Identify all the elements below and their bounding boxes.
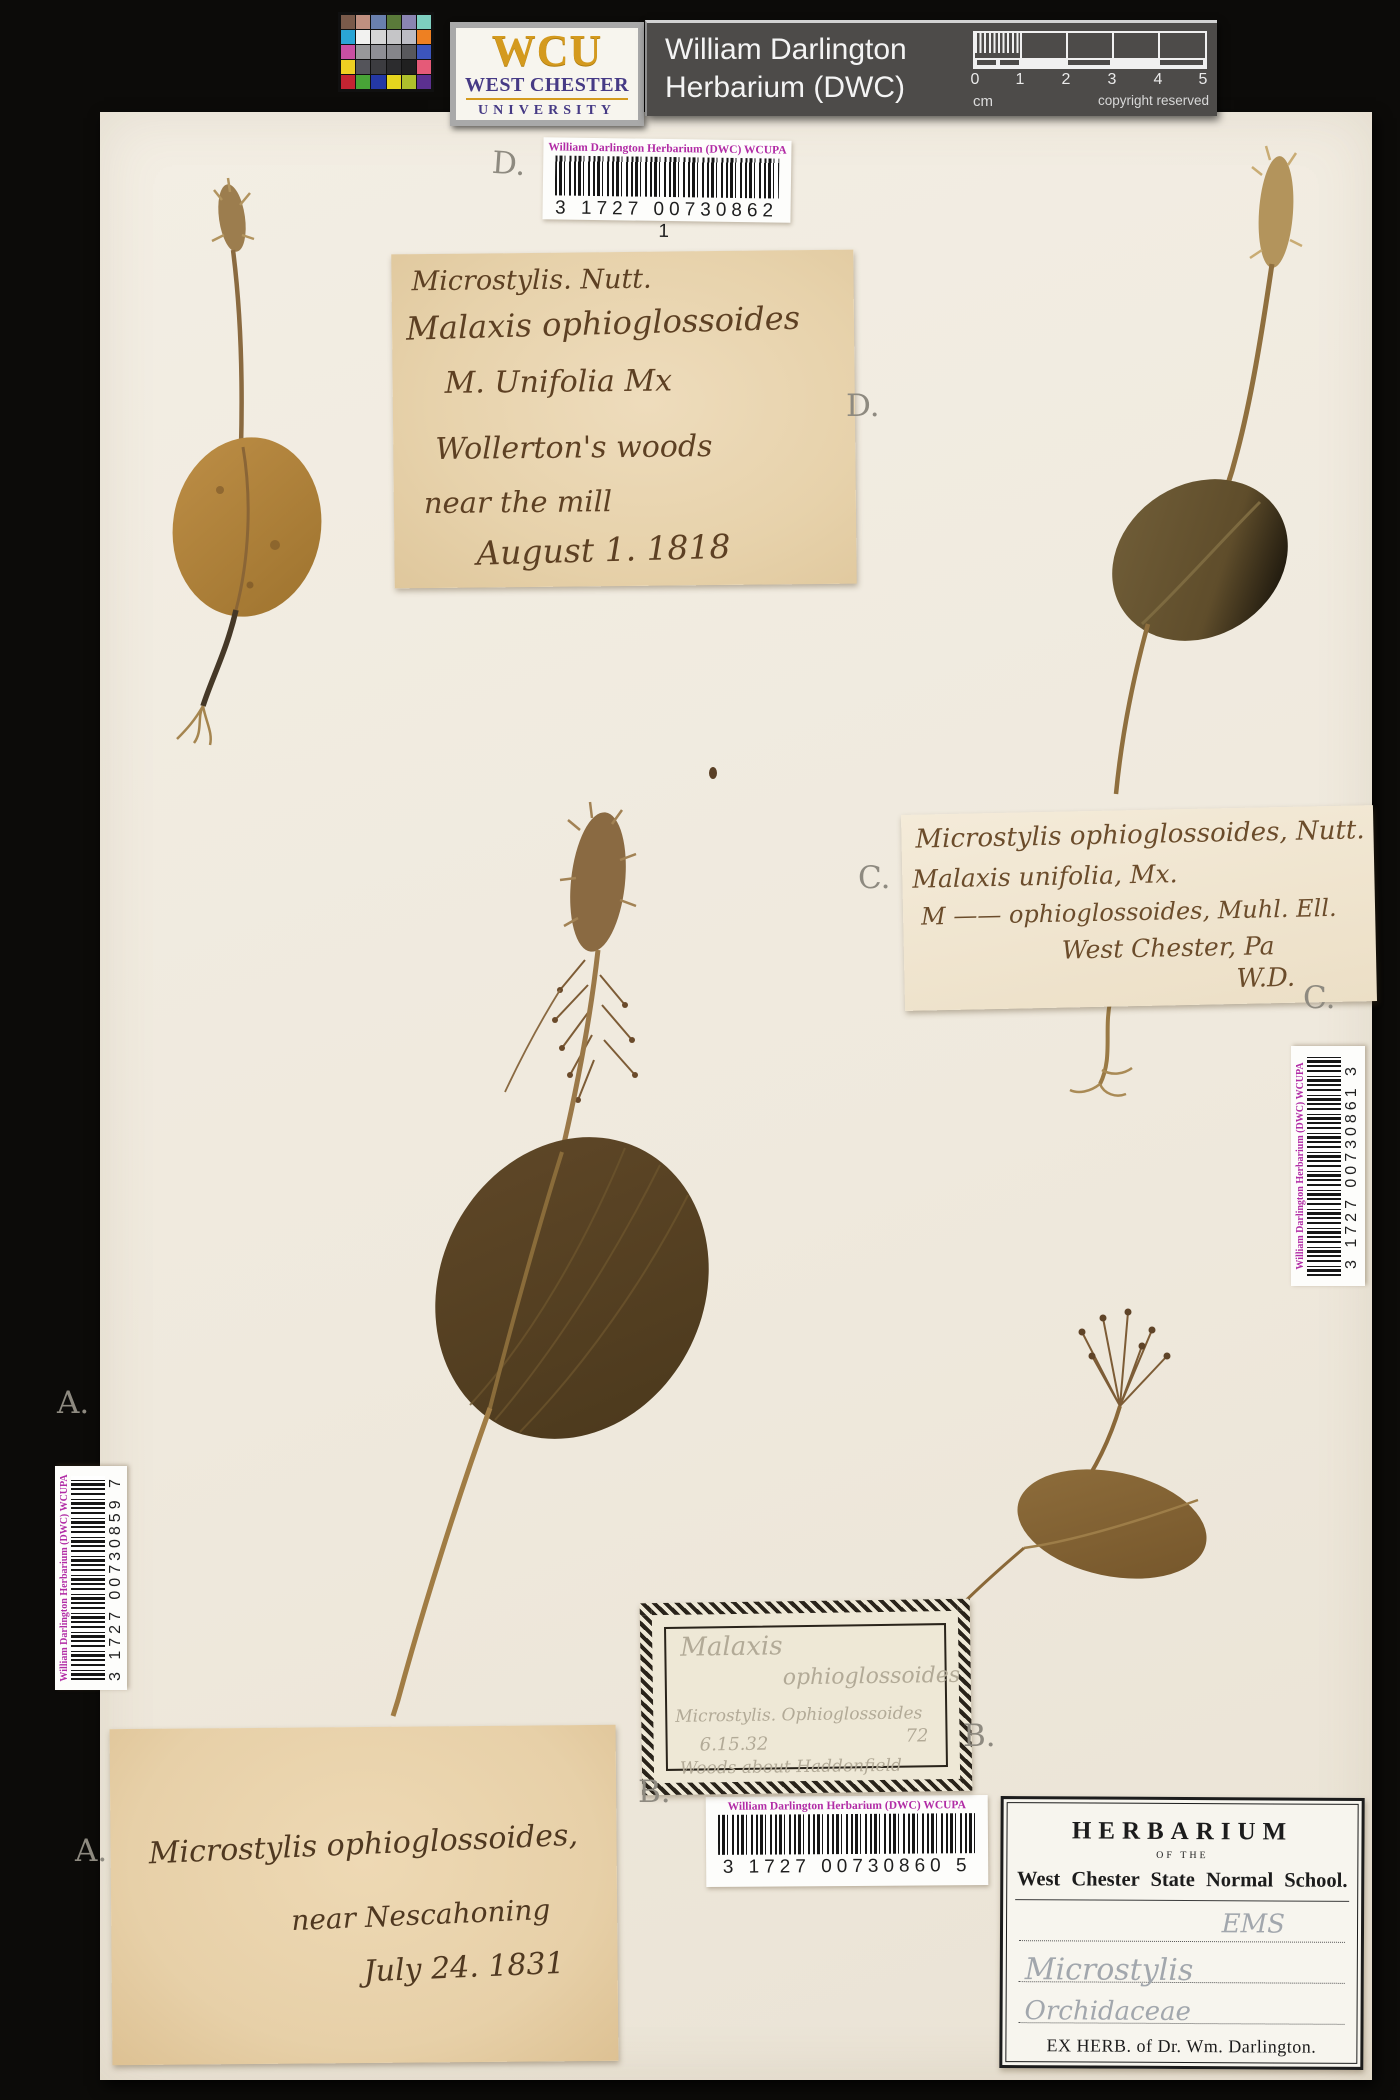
color-swatch (417, 15, 431, 29)
color-swatch (371, 75, 385, 89)
barcode (1307, 1056, 1341, 1276)
barcode-number: 3 1727 00730860 5 (706, 1855, 988, 1879)
color-swatch (356, 75, 370, 89)
barcode-number: 3 1727 00730862 1 (542, 197, 791, 244)
logo-acronym: WCU (456, 28, 638, 74)
color-swatch (387, 45, 401, 59)
banner-title-line2: Herbarium (DWC) (665, 69, 907, 107)
color-swatch (356, 15, 370, 29)
pencil-annotation-c: C. (858, 860, 890, 896)
barcode-label-top: William Darlington Herbarium (DWC) WCUPA… (542, 137, 791, 222)
color-swatch (341, 60, 355, 74)
color-swatch (387, 15, 401, 29)
barcode-institution-text: William Darlington Herbarium (DWC) WCUPA (1295, 1046, 1306, 1286)
herbarium-specimen-scan: WCU WEST CHESTER UNIVERSITY William Darl… (0, 0, 1400, 2100)
herbarium-label-inner: HERBARIUM OF THE West Chester State Norm… (1005, 1802, 1358, 2064)
label-line: 6.15.32 (700, 1734, 769, 1756)
family-annotation: Orchidaceae (1025, 1996, 1192, 2027)
ruler-number: 5 (1199, 71, 1208, 89)
ruler-strip-segment (1112, 58, 1158, 67)
ruler-bar (973, 31, 1207, 69)
color-swatch (417, 60, 431, 74)
ruler-strip-segment (1066, 58, 1112, 67)
herbarium-blank-row: Orchidaceae (1019, 1982, 1345, 2025)
color-swatch (356, 45, 370, 59)
pencil-annotation-a: A. (57, 1385, 89, 1421)
color-swatch (371, 15, 385, 29)
color-swatch (402, 60, 416, 74)
label-line: Microstylis ophioglossoides, (148, 1818, 579, 1872)
herbarium-institution: West Chester State Normal School. (1007, 1868, 1357, 1893)
color-swatch (417, 30, 431, 44)
pencil-annotation-b: B. (638, 1774, 671, 1810)
barcode-institution-text: William Darlington Herbarium (DWC) WCUPA (706, 1799, 988, 1813)
barcode-label-right: William Darlington Herbarium (DWC) WCUPA… (1291, 1046, 1365, 1286)
label-line: M. Unifolia Mx (444, 363, 672, 400)
label-line: Woods about Haddonfield (680, 1756, 902, 1779)
label-line: Malaxis (680, 1631, 783, 1662)
barcode-label-bottom: William Darlington Herbarium (DWC) WCUPA… (706, 1795, 989, 1887)
scale-ruler: 0 1 2 3 4 5 cm copyright reserved (971, 29, 1209, 115)
pencil-annotation-d: D. (846, 388, 880, 424)
label-line: 72 (905, 1725, 928, 1746)
label-line: West Chester, Pa (1062, 931, 1275, 964)
ruler-strip-segment (1021, 58, 1066, 67)
pencil-annotation-b: B. (963, 1718, 996, 1754)
color-swatch (402, 30, 416, 44)
barcode-number: 3 1727 00730859 7 (107, 1466, 125, 1690)
banner-title: William Darlington Herbarium (DWC) (665, 31, 907, 107)
collection-label-1831: Microstylis ophioglossoides, near Nescah… (110, 1725, 619, 2065)
color-swatch (417, 75, 431, 89)
color-swatch (387, 75, 401, 89)
wcu-logo-plaque: WCU WEST CHESTER UNIVERSITY (450, 22, 644, 126)
herbarium-title: HERBARIUM (1007, 1817, 1357, 1847)
label-line: W.D. (1236, 963, 1295, 994)
herbarium-subtitle: OF THE (1007, 1849, 1357, 1862)
label-line: August 1. 1818 (476, 527, 731, 573)
ruler-strip-segment (998, 58, 1021, 67)
color-swatch (341, 15, 355, 29)
color-swatch (371, 30, 385, 44)
barcode-label-right-wrap: William Darlington Herbarium (DWC) WCUPA… (1291, 1046, 1365, 1286)
ruler-number: 2 (1062, 71, 1071, 89)
color-swatch (371, 60, 385, 74)
herbarium-banner-plaque: William Darlington Herbarium (DWC) 0 1 2… (645, 20, 1217, 116)
barcode (555, 155, 780, 198)
herbarium-institution-label: HERBARIUM OF THE West Chester State Norm… (999, 1796, 1364, 2070)
ruler-unit-label: cm (973, 93, 993, 110)
greek-key-label-inner: Malaxis ophioglossoides Microstylis. Oph… (664, 1623, 948, 1771)
herbarium-blank-row: EMS (1019, 1900, 1345, 1943)
ruler-number: 3 (1108, 71, 1117, 89)
label-line: near Nescahoning (291, 1893, 551, 1937)
label-line: Malaxis ophioglossoides (406, 299, 801, 348)
label-line: Microstylis. Nutt. (411, 264, 651, 298)
greek-key-label: Malaxis ophioglossoides Microstylis. Oph… (640, 1599, 973, 1796)
label-line: Malaxis unifolia, Mx. (912, 859, 1178, 894)
label-line: July 24. 1831 (363, 1946, 565, 1990)
color-swatch (387, 60, 401, 74)
color-swatch (387, 30, 401, 44)
ruler-number: 4 (1154, 71, 1163, 89)
color-swatch (341, 45, 355, 59)
barcode-institution-text: William Darlington Herbarium (DWC) WCUPA (543, 141, 791, 156)
ruler-mm-ticks (975, 33, 1021, 53)
label-line: M —— ophioglossoides, Muhl. Ell. (921, 894, 1337, 931)
color-swatch (341, 75, 355, 89)
collector-initials: EMS (1222, 1909, 1286, 1939)
logo-west-chester: WEST CHESTER (456, 74, 638, 96)
pencil-annotation-a: A. (75, 1833, 107, 1869)
pencil-annotation-d: D. (491, 145, 527, 183)
logo-university: UNIVERSITY (466, 98, 628, 120)
label-line: Microstylis. Ophioglossoides (675, 1703, 922, 1726)
color-swatch (356, 30, 370, 44)
ruler-number: 0 (971, 71, 980, 89)
color-swatch (341, 30, 355, 44)
barcode-institution-text: William Darlington Herbarium (DWC) WCUPA (59, 1466, 70, 1690)
label-line: Wollerton's woods (435, 429, 713, 467)
color-swatch (356, 60, 370, 74)
barcode-number: 3 1727 00730861 3 (1343, 1046, 1361, 1286)
color-swatch (417, 45, 431, 59)
pencil-annotation-c: C. (1303, 980, 1335, 1016)
barcode (71, 1476, 105, 1680)
copyright-text: copyright reserved (1098, 93, 1209, 108)
collection-label-1818: Microstylis. Nutt. Malaxis ophioglossoid… (391, 250, 856, 589)
label-line: ophioglossoides (783, 1663, 961, 1690)
color-checker (338, 12, 434, 92)
color-swatch (402, 45, 416, 59)
barcode (718, 1813, 976, 1855)
ruler-number: 1 (1016, 71, 1025, 89)
banner-title-line1: William Darlington (665, 31, 907, 69)
herbarium-footer: EX HERB. of Dr. Wm. Darlington. (1006, 2035, 1356, 2058)
color-swatch (402, 15, 416, 29)
barcode-label-left: William Darlington Herbarium (DWC) WCUPA… (55, 1466, 127, 1690)
ruler-strip-segment (975, 58, 998, 67)
barcode-label-left-wrap: William Darlington Herbarium (DWC) WCUPA… (55, 1466, 127, 1690)
color-swatch (371, 45, 385, 59)
ruler-strip-segment (1158, 58, 1205, 67)
label-line: near the mill (424, 484, 613, 520)
herbarium-blank-row: Microstylis (1019, 1941, 1345, 1984)
label-line: Microstylis ophioglossoides, Nutt. (915, 815, 1365, 854)
color-swatch (402, 75, 416, 89)
